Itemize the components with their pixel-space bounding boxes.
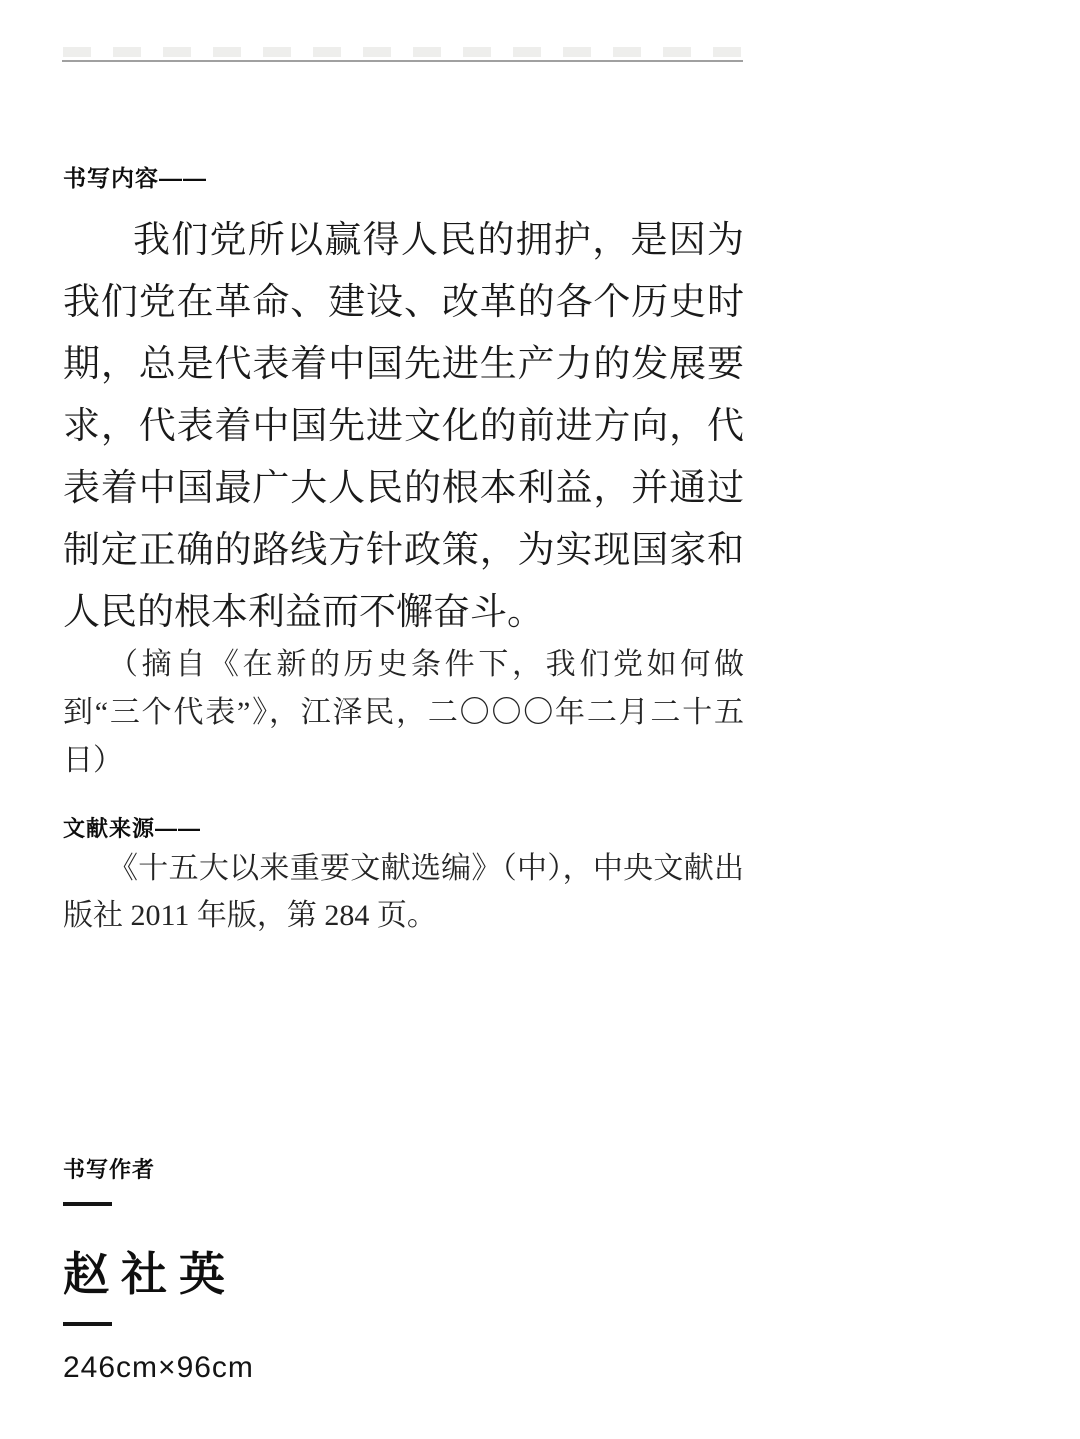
article-page: 书写内容—— 我们党所以赢得人民的拥护，是因为我们党在革命、建设、改革的各个历史… [0,0,1080,1439]
author-divider [63,1202,112,1206]
size-divider [63,1322,112,1326]
top-divider-rule [62,60,743,62]
artwork-size: 246cm×96cm [63,1351,254,1385]
section-heading-author: 书写作者 [63,1153,155,1184]
quote-paragraph: 我们党所以赢得人民的拥护，是因为我们党在革命、建设、改革的各个历史时期，总是代表… [63,210,744,644]
citation-paragraph: （摘自《在新的历史条件下，我们党如何做到“三个代表”》，江泽民，二〇〇〇年二月二… [63,641,744,785]
source-paragraph: 《十五大以来重要文献选编》（中），中央文献出版社 2011 年版，第 284 页… [63,845,744,939]
section-heading-content: 书写内容—— [63,160,207,193]
top-divider-dashes [63,47,743,57]
author-name: 赵社英 [63,1238,237,1304]
section-heading-source: 文献来源—— [63,812,201,843]
